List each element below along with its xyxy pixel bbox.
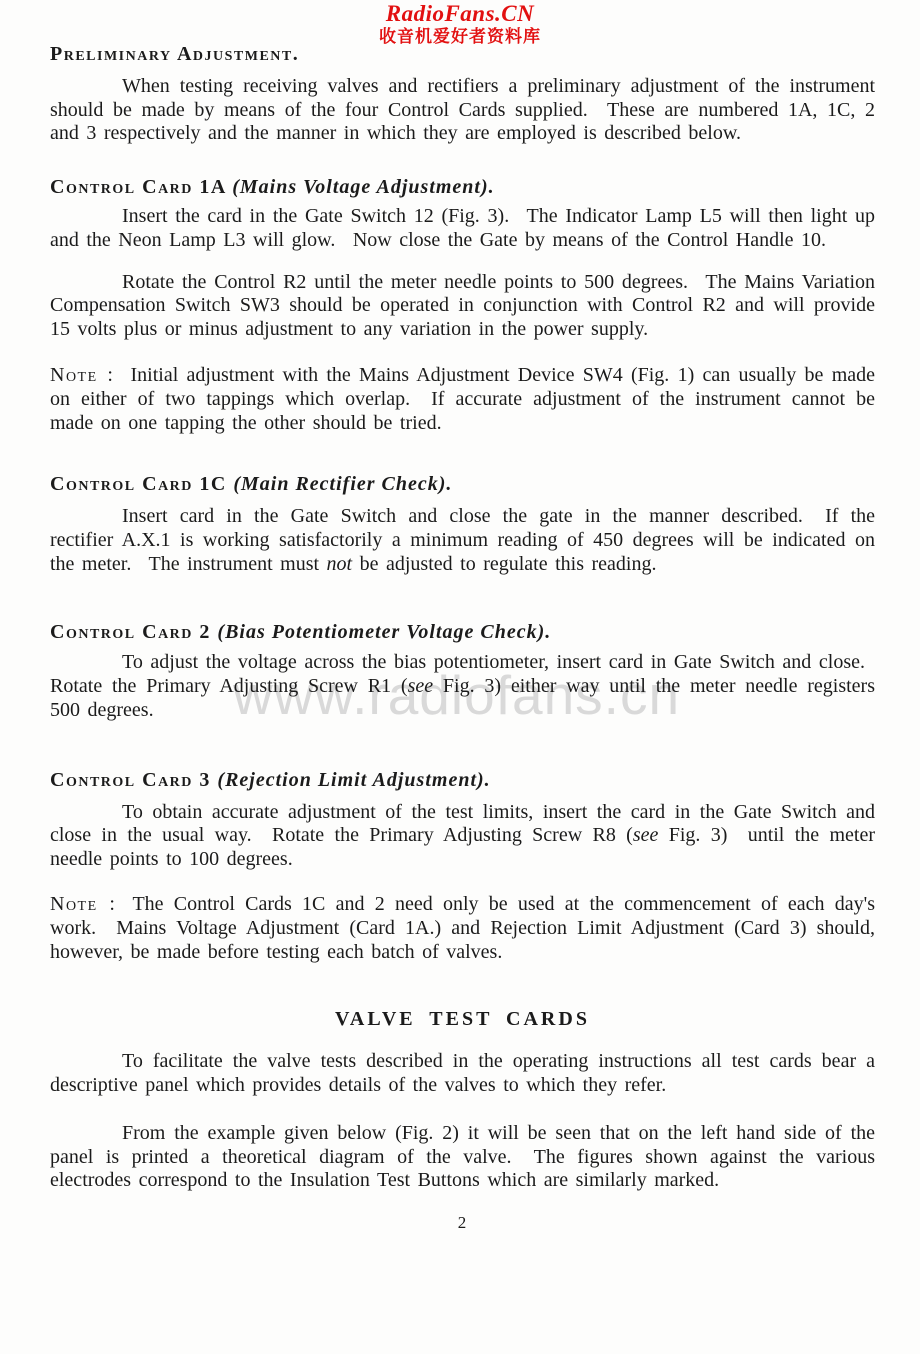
heading-control-card-2-subtitle: (Bias Potentiometer Voltage Check). [217,621,551,643]
heading-valve-test-cards: VALVE TEST CARDS [50,1008,875,1032]
note-label: Note : [50,364,114,386]
note-control-cards-usage: Note :The Control Cards 1C and 2 need on… [50,893,875,964]
heading-control-card-2: Control Card 2 (Bias Potentiometer Volta… [50,621,875,645]
note-text: Initial adjustment with the Mains Adjust… [50,364,875,434]
heading-control-card-1c-caps: Control Card 1C [50,473,233,495]
heading-control-card-1a-subtitle: (Mains Voltage Adjustment). [232,176,494,198]
watermark-site-name: RadioFans.CN [0,2,920,25]
paragraph-card-2: To adjust the voltage across the bias po… [50,651,875,722]
paragraph-valve-example: From the example given below (Fig. 2) it… [50,1122,875,1193]
note-text: The Control Cards 1C and 2 need only be … [50,893,875,963]
page-number: 2 [50,1211,875,1235]
heading-control-card-1a: Control Card 1A (Mains Voltage Adjustmen… [50,176,875,200]
watermark-radiofans-top: RadioFans.CN 收音机爱好者资料库 [0,2,920,45]
note-label: Note : [50,893,116,915]
paragraph-card-3: To obtain accurate adjustment of the tes… [50,801,875,872]
paragraph-intro: When testing receiving valves and rectif… [50,75,875,146]
heading-control-card-3: Control Card 3 (Rejection Limit Adjustme… [50,769,875,793]
heading-control-card-1c-subtitle: (Main Rectifier Check). [233,473,452,495]
paragraph-card-1a-insert: Insert the card in the Gate Switch 12 (F… [50,205,875,253]
paragraph-valve-tests: To facilitate the valve tests described … [50,1050,875,1098]
heading-preliminary-adjustment: Preliminary Adjustment. [50,43,875,67]
watermark-site-slogan: 收音机爱好者资料库 [0,28,920,45]
heading-control-card-1a-caps: Control Card 1A [50,176,232,198]
heading-control-card-3-subtitle: (Rejection Limit Adjustment). [217,769,490,791]
note-mains-adjustment: Note :Initial adjustment with the Mains … [50,364,875,435]
heading-control-card-2-caps: Control Card 2 [50,621,217,643]
document-page: RadioFans.CN 收音机爱好者资料库 www.radiofans.cn … [0,0,920,1354]
paragraph-card-1c: Insert card in the Gate Switch and close… [50,505,875,576]
document-content: Preliminary Adjustment. When testing rec… [0,0,920,1235]
heading-control-card-3-caps: Control Card 3 [50,769,217,791]
paragraph-card-1a-rotate: Rotate the Control R2 until the meter ne… [50,271,875,342]
heading-control-card-1c: Control Card 1C (Main Rectifier Check). [50,473,875,497]
